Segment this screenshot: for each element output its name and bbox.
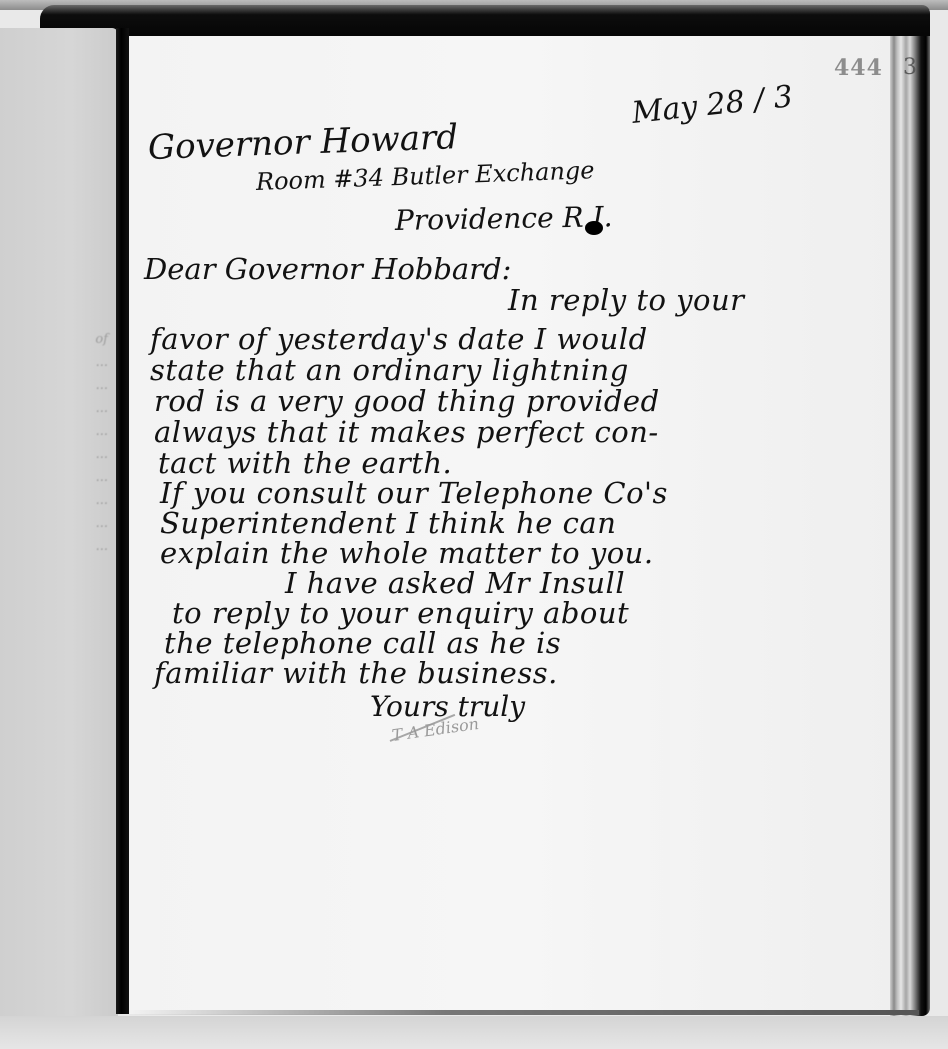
body-line: the telephone call as he is <box>164 626 561 660</box>
body-line: rod is a very good thing provided <box>154 384 660 418</box>
bleed-line: ... <box>8 374 108 397</box>
body-line: Superintendent I think he can <box>160 506 616 540</box>
recipient-city: Providence R.I. <box>395 200 613 237</box>
bleed-line: ... <box>8 443 108 466</box>
bleed-line: ... <box>8 351 108 374</box>
bleed-through-text: of ... ... ... ... ... ... ... ... ... <box>8 328 108 558</box>
body-line: In reply to your <box>508 283 745 317</box>
bleed-line: of <box>8 328 108 351</box>
ink-blot <box>585 221 603 235</box>
scan-background-bottom <box>0 1016 948 1049</box>
body-line: If you consult our Telephone Co's <box>160 476 668 510</box>
body-line: I have asked Mr Insull <box>285 566 625 600</box>
body-line: favor of yesterday's date I would <box>150 322 648 356</box>
bleed-line: ... <box>8 420 108 443</box>
body-line: always that it makes perfect con- <box>154 415 659 449</box>
book-cover-top-edge <box>40 5 930 37</box>
bleed-line: ... <box>8 489 108 512</box>
left-facing-page: of ... ... ... ... ... ... ... ... ... <box>0 28 118 1028</box>
salutation: Dear Governor Hobbard: <box>144 252 511 286</box>
body-line: to reply to your enquiry about <box>172 596 629 630</box>
book-gutter <box>116 28 129 1014</box>
body-line: explain the whole matter to you. <box>160 536 654 570</box>
page-edges-stack <box>890 36 930 1016</box>
page-bottom-edge <box>129 1010 919 1015</box>
bleed-line: ... <box>8 397 108 420</box>
body-line: state that an ordinary lightning <box>150 353 629 387</box>
bleed-line: ... <box>8 466 108 489</box>
body-line: familiar with the business. <box>154 656 558 690</box>
body-line: tact with the earth. <box>158 446 452 480</box>
edge-mark: 3 <box>903 55 917 80</box>
scanned-book-spread: of ... ... ... ... ... ... ... ... ... 4… <box>0 0 948 1049</box>
bleed-line: ... <box>8 535 108 558</box>
bleed-line: ... <box>8 512 108 535</box>
page-number: 444 <box>834 55 883 81</box>
